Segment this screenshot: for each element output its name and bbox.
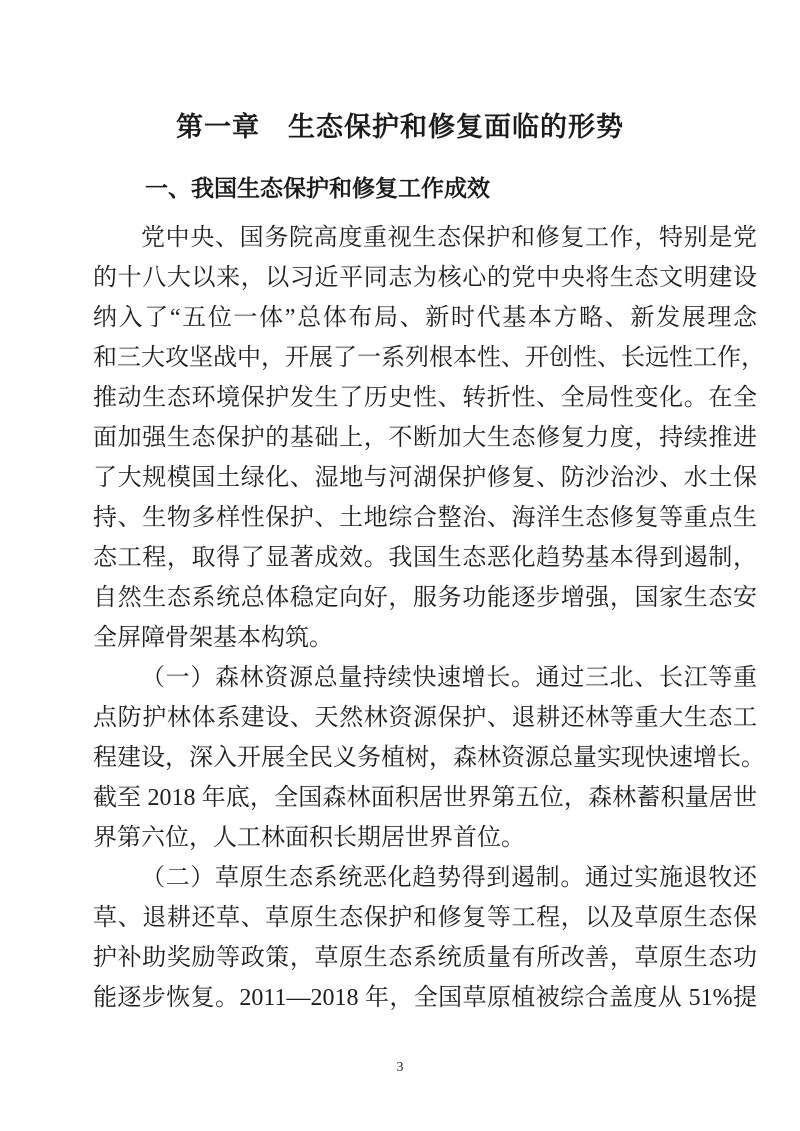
body-line: 程建设，深入开展全民义务植树，森林资源总量实现快速增长。 [93, 738, 757, 778]
body-line: 党中央、国务院高度重视生态保护和修复工作，特别是党 [93, 218, 757, 258]
body-line: 面加强生态保护的基础上，不断加大生态修复力度，持续推进 [93, 418, 757, 458]
body-line: 护补助奖励等政策，草原生态系统质量有所改善，草原生态功 [93, 938, 757, 978]
document-page: 第一章 生态保护和修复面临的形势 一、我国生态保护和修复工作成效 党中央、国务院… [0, 0, 800, 1131]
body-line: 和三大攻坚战中，开展了一系列根本性、开创性、长远性工作， [93, 338, 757, 378]
body-line: 了大规模国土绿化、湿地与河湖保护修复、防沙治沙、水土保 [93, 458, 757, 498]
body-line: （二）草原生态系统恶化趋势得到遏制。通过实施退牧还 [93, 858, 757, 898]
body-line: 态工程，取得了显著成效。我国生态恶化趋势基本得到遏制， [93, 538, 757, 578]
body-line: 全屏障骨架基本构筑。 [93, 618, 757, 658]
body-line: 点防护林体系建设、天然林资源保护、退耕还林等重大生态工 [93, 698, 757, 738]
body-line: 草、退耕还草、草原生态保护和修复等工程，以及草原生态保 [93, 898, 757, 938]
body-line: 截至 2018 年底，全国森林面积居世界第五位，森林蓄积量居世 [93, 778, 757, 818]
body-line: 持、生物多样性保护、土地综合整治、海洋生态修复等重点生 [93, 498, 757, 538]
chapter-title: 第一章 生态保护和修复面临的形势 [0, 110, 800, 144]
body-line: 自然生态系统总体稳定向好，服务功能逐步增强，国家生态安 [93, 578, 757, 618]
document-body: 党中央、国务院高度重视生态保护和修复工作，特别是党的十八大以来，以习近平同志为核… [93, 218, 757, 1018]
body-line: 推动生态环境保护发生了历史性、转折性、全局性变化。在全 [93, 378, 757, 418]
page-number: 3 [0, 1060, 800, 1076]
body-line: 的十八大以来，以习近平同志为核心的党中央将生态文明建设 [93, 258, 757, 298]
paragraph: （一）森林资源总量持续快速增长。通过三北、长江等重点防护林体系建设、天然林资源保… [93, 658, 757, 858]
body-line: （一）森林资源总量持续快速增长。通过三北、长江等重 [93, 658, 757, 698]
body-line: 纳入了“五位一体”总体布局、新时代基本方略、新发展理念 [93, 298, 757, 338]
body-line: 界第六位，人工林面积长期居世界首位。 [93, 818, 757, 858]
paragraph: 党中央、国务院高度重视生态保护和修复工作，特别是党的十八大以来，以习近平同志为核… [93, 218, 757, 658]
paragraph: （二）草原生态系统恶化趋势得到遏制。通过实施退牧还草、退耕还草、草原生态保护和修… [93, 858, 757, 1018]
body-line: 能逐步恢复。2011—2018 年，全国草原植被综合盖度从 51%提 [93, 978, 757, 1018]
section-heading: 一、我国生态保护和修复工作成效 [93, 172, 757, 204]
